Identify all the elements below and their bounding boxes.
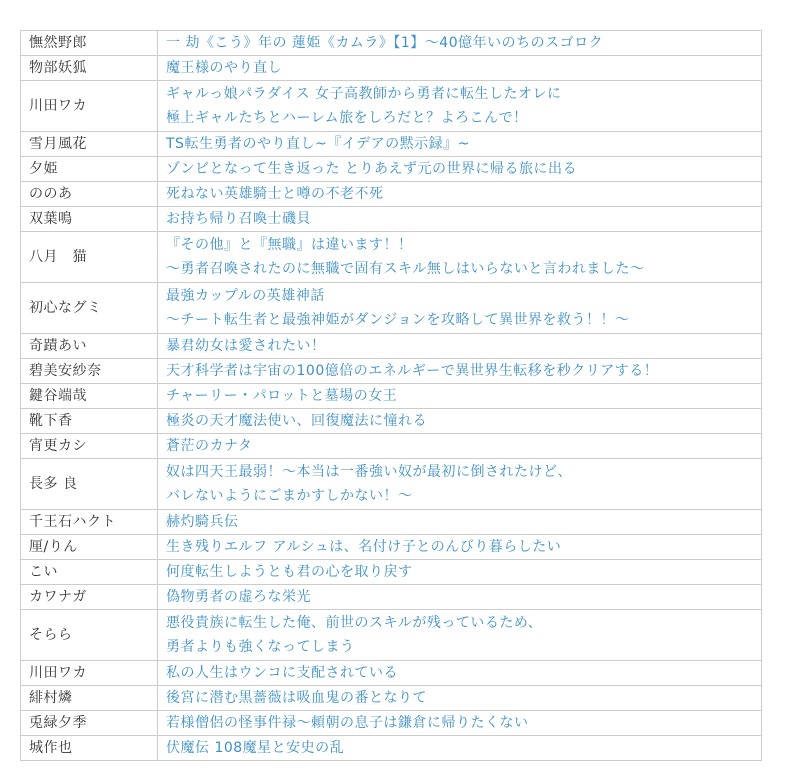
author-cell: 双葉鳴 [21,207,158,232]
works-table: 憮然野郎一 劫《こう》年の 蓮姫《カムラ》【1】〜40億年いのちのスゴロク物部妖… [20,30,762,761]
title-cell: 若様僧侶の怪事件禄〜頼朝の息子は鎌倉に帰りたくない [158,711,762,736]
table-row: 緋村燐後宮に潜む黒薔薇は吸血鬼の番となりて [21,686,762,711]
title-cell: 一 劫《こう》年の 蓮姫《カムラ》【1】〜40億年いのちのスゴロク [158,31,762,56]
title-cell: 天才科学者は宇宙の100億倍のエネルギーで異世界生転移を秒クリアする！ [158,359,762,384]
title-cell: 最強カップルの英雄神話〜チート転生者と最強神姫がダンジョンを攻略して異世界を救う… [158,283,762,334]
title-cell: 暴君幼女は愛されたい！ [158,334,762,359]
author-cell: 兎緑夕季 [21,711,158,736]
title-link[interactable]: 暴君幼女は愛されたい！ [166,334,753,358]
title-cell: 悪役貴族に転生した俺、前世のスキルが残っているため、勇者よりも強くなってしまう [158,610,762,661]
table-row: 雪月風花TS転生勇者のやり直し~『イデアの黙示録』~ [21,132,762,157]
title-link[interactable]: 『その他』と『無職』は違います！！ [166,233,753,257]
title-link[interactable]: 極上ギャルたちとハーレム旅をしろだと？よろこんで！ [166,106,753,130]
table-row: 城作也伏魔伝 108魔星と安史の乱 [21,736,762,761]
table-row: 兎緑夕季若様僧侶の怪事件禄〜頼朝の息子は鎌倉に帰りたくない [21,711,762,736]
title-cell: 死ねない英雄騎士と噂の不老不死 [158,182,762,207]
title-link[interactable]: 伏魔伝 108魔星と安史の乱 [166,736,753,760]
title-cell: 後宮に潜む黒薔薇は吸血鬼の番となりて [158,686,762,711]
table-row: 物部妖狐魔王様のやり直し [21,56,762,81]
title-link[interactable]: チャーリー・パロットと墓場の女王 [166,384,753,408]
title-cell: 蒼茫のカナタ [158,434,762,459]
author-cell: 憮然野郎 [21,31,158,56]
title-cell: ゾンビとなって生き返った とりあえず元の世界に帰る旅に出る [158,157,762,182]
table-row: 夕姫ゾンビとなって生き返った とりあえず元の世界に帰る旅に出る [21,157,762,182]
author-cell: 八月 猫 [21,232,158,283]
author-cell: 夕姫 [21,157,158,182]
title-cell: 生き残りエルフ アルシュは、名付け子とのんびり暮らしたい [158,535,762,560]
table-row: 初心なグミ最強カップルの英雄神話〜チート転生者と最強神姫がダンジョンを攻略して異… [21,283,762,334]
title-cell: チャーリー・パロットと墓場の女王 [158,384,762,409]
author-cell: 物部妖狐 [21,56,158,81]
table-row: 碧美安紗奈天才科学者は宇宙の100億倍のエネルギーで異世界生転移を秒クリアする！ [21,359,762,384]
title-link[interactable]: ギャルっ娘パラダイス 女子高教師から勇者に転生したオレに [166,82,753,106]
title-link[interactable]: 偽物勇者の虚ろな栄光 [166,585,753,609]
table-row: 憮然野郎一 劫《こう》年の 蓮姫《カムラ》【1】〜40億年いのちのスゴロク [21,31,762,56]
title-cell: TS転生勇者のやり直し~『イデアの黙示録』~ [158,132,762,157]
author-cell: そらら [21,610,158,661]
title-link[interactable]: 天才科学者は宇宙の100億倍のエネルギーで異世界生転移を秒クリアする！ [166,359,753,383]
table-row: ののあ死ねない英雄騎士と噂の不老不死 [21,182,762,207]
author-cell: 奇蹟あい [21,334,158,359]
title-cell: お持ち帰り召喚士磯貝 [158,207,762,232]
author-cell: 初心なグミ [21,283,158,334]
table-row: こい何度転生しようとも君の心を取り戻す [21,560,762,585]
table-row: 千王石ハクト赫灼騎兵伝 [21,510,762,535]
table-row: 宵更カシ蒼茫のカナタ [21,434,762,459]
title-link[interactable]: 若様僧侶の怪事件禄〜頼朝の息子は鎌倉に帰りたくない [166,711,753,735]
author-cell: 長多 良 [21,459,158,510]
title-link[interactable]: 悪役貴族に転生した俺、前世のスキルが残っているため、 [166,611,753,635]
title-cell: ギャルっ娘パラダイス 女子高教師から勇者に転生したオレに極上ギャルたちとハーレム… [158,81,762,132]
author-cell: 雪月風花 [21,132,158,157]
title-cell: 赫灼騎兵伝 [158,510,762,535]
title-cell: 私の人生はウンコに支配されている [158,661,762,686]
title-link[interactable]: 生き残りエルフ アルシュは、名付け子とのんびり暮らしたい [166,535,753,559]
title-link[interactable]: ゾンビとなって生き返った とりあえず元の世界に帰る旅に出る [166,157,753,181]
table-row: 靴下香極炎の天才魔法使い、回復魔法に憧れる [21,409,762,434]
author-cell: 碧美安紗奈 [21,359,158,384]
author-cell: 川田ワカ [21,661,158,686]
title-link[interactable]: 蒼茫のカナタ [166,434,753,458]
title-link[interactable]: 〜勇者召喚されたのに無職で固有スキル無しはいらないと言われました〜 [166,257,753,281]
works-table-body: 憮然野郎一 劫《こう》年の 蓮姫《カムラ》【1】〜40億年いのちのスゴロク物部妖… [21,31,762,761]
author-cell: 靴下香 [21,409,158,434]
author-cell: 千王石ハクト [21,510,158,535]
table-row: 奇蹟あい暴君幼女は愛されたい！ [21,334,762,359]
author-cell: 川田ワカ [21,81,158,132]
author-cell: 厘/りん [21,535,158,560]
title-cell: 『その他』と『無職』は違います！！〜勇者召喚されたのに無職で固有スキル無しはいら… [158,232,762,283]
author-cell: 宵更カシ [21,434,158,459]
title-cell: 偽物勇者の虚ろな栄光 [158,585,762,610]
title-link[interactable]: お持ち帰り召喚士磯貝 [166,207,753,231]
title-link[interactable]: 〜チート転生者と最強神姫がダンジョンを攻略して異世界を救う！！〜 [166,308,753,332]
table-row: 川田ワカ私の人生はウンコに支配されている [21,661,762,686]
table-row: 双葉鳴お持ち帰り召喚士磯貝 [21,207,762,232]
title-link[interactable]: 奴は四天王最弱！〜本当は一番強い奴が最初に倒されたけど、 [166,460,753,484]
title-link[interactable]: バレないようにごまかすしかない！〜 [166,484,753,508]
title-cell: 魔王様のやり直し [158,56,762,81]
table-row: そらら悪役貴族に転生した俺、前世のスキルが残っているため、勇者よりも強くなってし… [21,610,762,661]
title-cell: 伏魔伝 108魔星と安史の乱 [158,736,762,761]
title-link[interactable]: 私の人生はウンコに支配されている [166,661,753,685]
title-link[interactable]: 赫灼騎兵伝 [166,510,753,534]
author-cell: 鍵谷端哉 [21,384,158,409]
title-link[interactable]: 一 劫《こう》年の 蓮姫《カムラ》【1】〜40億年いのちのスゴロク [166,31,753,55]
title-link[interactable]: 極炎の天才魔法使い、回復魔法に憧れる [166,409,753,433]
table-row: カワナガ偽物勇者の虚ろな栄光 [21,585,762,610]
table-row: 鍵谷端哉チャーリー・パロットと墓場の女王 [21,384,762,409]
title-link[interactable]: 何度転生しようとも君の心を取り戻す [166,560,753,584]
title-link[interactable]: 最強カップルの英雄神話 [166,284,753,308]
title-link[interactable]: TS転生勇者のやり直し~『イデアの黙示録』~ [166,132,753,156]
table-row: 川田ワカギャルっ娘パラダイス 女子高教師から勇者に転生したオレに極上ギャルたちと… [21,81,762,132]
author-cell: ののあ [21,182,158,207]
title-link[interactable]: 後宮に潜む黒薔薇は吸血鬼の番となりて [166,686,753,710]
author-cell: カワナガ [21,585,158,610]
author-cell: 城作也 [21,736,158,761]
title-cell: 奴は四天王最弱！〜本当は一番強い奴が最初に倒されたけど、バレないようにごまかすし… [158,459,762,510]
table-row: 厘/りん生き残りエルフ アルシュは、名付け子とのんびり暮らしたい [21,535,762,560]
author-cell: 緋村燐 [21,686,158,711]
title-link[interactable]: 勇者よりも強くなってしまう [166,635,753,659]
title-link[interactable]: 死ねない英雄騎士と噂の不老不死 [166,182,753,206]
author-cell: こい [21,560,158,585]
title-cell: 極炎の天才魔法使い、回復魔法に憧れる [158,409,762,434]
table-row: 長多 良奴は四天王最弱！〜本当は一番強い奴が最初に倒されたけど、バレないようにご… [21,459,762,510]
title-cell: 何度転生しようとも君の心を取り戻す [158,560,762,585]
title-link[interactable]: 魔王様のやり直し [166,56,753,80]
table-row: 八月 猫『その他』と『無職』は違います！！〜勇者召喚されたのに無職で固有スキル無… [21,232,762,283]
